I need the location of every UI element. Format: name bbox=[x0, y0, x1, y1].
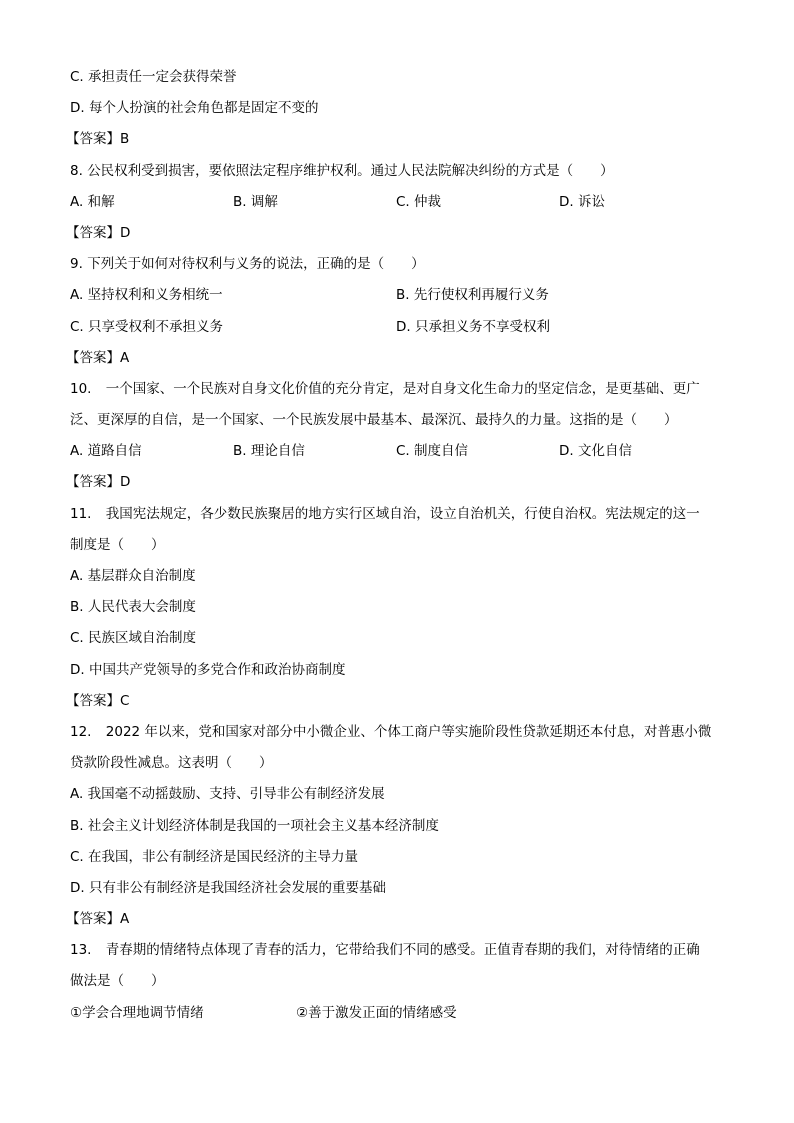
q11-answer: 【答案】C bbox=[66, 686, 726, 717]
question-stem: 公民权利受到损害，要依照法定程序维护权利。通过人民法院解决纠纷的方式是（ ） bbox=[87, 163, 614, 179]
q12-option-a: A. 我国毫不动摇鼓励、支持、引导非公有制经济发展 bbox=[70, 779, 726, 810]
q10-option-c: C. 制度自信 bbox=[396, 436, 468, 467]
q11-stem-line1: 11. 我国宪法规定，各少数民族聚居的地方实行区域自治，设立自治机关，行使自治权… bbox=[70, 499, 726, 530]
question-stem: 下列关于如何对待权利与义务的说法，正确的是（ ） bbox=[87, 256, 425, 272]
q9-stem: 9. 下列关于如何对待权利与义务的说法，正确的是（ ） bbox=[70, 249, 726, 280]
q9-option-c: C. 只享受权利不承担义务 bbox=[70, 312, 223, 343]
option-label: C. bbox=[70, 69, 84, 85]
option-label: D. bbox=[70, 100, 85, 116]
q12-stem-line1: 12. 2022 年以来，党和国家对部分中小微企业、个体工商户等实施阶段性贷款延… bbox=[70, 717, 726, 748]
question-number: 13. bbox=[70, 942, 91, 958]
q10-answer: 【答案】D bbox=[66, 467, 726, 498]
question-stem: 我国宪法规定，各少数民族聚居的地方实行区域自治，设立自治机关，行使自治权。宪法规… bbox=[106, 506, 700, 522]
q12-option-c: C. 在我国，非公有制经济是国民经济的主导力量 bbox=[70, 842, 726, 873]
q12-option-d: D. 只有非公有制经济是我国经济社会发展的重要基础 bbox=[70, 873, 726, 904]
q9-option-d: D. 只承担义务不享受权利 bbox=[396, 312, 550, 343]
question-stem: 一个国家、一个民族对自身文化价值的充分肯定，是对自身文化生命力的坚定信念，是更基… bbox=[106, 381, 700, 397]
q11-option-b: B. 人民代表大会制度 bbox=[70, 592, 726, 623]
q11-option-c: C. 民族区域自治制度 bbox=[70, 623, 726, 654]
q11-stem-line2: 制度是（ ） bbox=[70, 530, 726, 561]
q9-option-a: A. 坚持权利和义务相统一 bbox=[70, 280, 223, 311]
q10-stem-line1: 10. 一个国家、一个民族对自身文化价值的充分肯定，是对自身文化生命力的坚定信念… bbox=[70, 374, 726, 405]
q10-option-a: A. 道路自信 bbox=[70, 436, 142, 467]
question-number: 9. bbox=[70, 256, 83, 272]
q8-answer: 【答案】D bbox=[66, 218, 726, 249]
question-number: 12. bbox=[70, 724, 91, 740]
q9-answer: 【答案】A bbox=[66, 343, 726, 374]
question-number: 10. bbox=[70, 381, 91, 397]
q12-option-b: B. 社会主义计划经济体制是我国的一项社会主义基本经济制度 bbox=[70, 811, 726, 842]
q10-option-d: D. 文化自信 bbox=[559, 436, 632, 467]
question-number: 8. bbox=[70, 163, 83, 179]
q13-items: ①学会合理地调节情绪 ②善于激发正面的情绪感受 bbox=[70, 998, 726, 1029]
q8-options: A. 和解 B. 调解 C. 仲裁 D. 诉讼 bbox=[70, 187, 726, 218]
q11-option-a: A. 基层群众自治制度 bbox=[70, 561, 726, 592]
option-text: 每个人扮演的社会角色都是固定不变的 bbox=[89, 100, 319, 116]
q13-stem-line2: 做法是（ ） bbox=[70, 966, 726, 997]
q8-option-c: C. 仲裁 bbox=[396, 187, 441, 218]
option-text: 承担责任一定会获得荣誉 bbox=[88, 69, 237, 85]
question-stem: 青春期的情绪特点体现了青春的活力，它带给我们不同的感受。正值青春期的我们，对待情… bbox=[106, 942, 700, 958]
q10-stem-line2: 泛、更深厚的自信，是一个国家、一个民族发展中最基本、最深沉、最持久的力量。这指的… bbox=[70, 405, 726, 436]
q10-option-b: B. 理论自信 bbox=[233, 436, 305, 467]
q8-option-a: A. 和解 bbox=[70, 187, 115, 218]
q8-option-b: B. 调解 bbox=[233, 187, 278, 218]
q7-answer: 【答案】B bbox=[66, 124, 726, 155]
q8-option-d: D. 诉讼 bbox=[559, 187, 605, 218]
q9-options-row1: A. 坚持权利和义务相统一 B. 先行使权利再履行义务 bbox=[70, 280, 726, 311]
question-stem: 2022 年以来，党和国家对部分中小微企业、个体工商户等实施阶段性贷款延期还本付… bbox=[106, 724, 712, 740]
exam-page: C. 承担责任一定会获得荣誉 D. 每个人扮演的社会角色都是固定不变的 【答案】… bbox=[70, 62, 726, 1029]
q8-stem: 8. 公民权利受到损害，要依照法定程序维护权利。通过人民法院解决纠纷的方式是（ … bbox=[70, 156, 726, 187]
q13-item-1: ①学会合理地调节情绪 bbox=[70, 998, 204, 1029]
q12-answer: 【答案】A bbox=[66, 904, 726, 935]
q9-options-row2: C. 只享受权利不承担义务 D. 只承担义务不享受权利 bbox=[70, 312, 726, 343]
q13-stem-line1: 13. 青春期的情绪特点体现了青春的活力，它带给我们不同的感受。正值青春期的我们… bbox=[70, 935, 726, 966]
q9-option-b: B. 先行使权利再履行义务 bbox=[396, 280, 549, 311]
q7-option-d: D. 每个人扮演的社会角色都是固定不变的 bbox=[70, 93, 726, 124]
q12-stem-line2: 贷款阶段性减息。这表明（ ） bbox=[70, 748, 726, 779]
q13-item-2: ②善于激发正面的情绪感受 bbox=[296, 998, 457, 1029]
question-number: 11. bbox=[70, 506, 91, 522]
q7-option-c: C. 承担责任一定会获得荣誉 bbox=[70, 62, 726, 93]
q10-options: A. 道路自信 B. 理论自信 C. 制度自信 D. 文化自信 bbox=[70, 436, 726, 467]
q11-option-d: D. 中国共产党领导的多党合作和政治协商制度 bbox=[70, 655, 726, 686]
